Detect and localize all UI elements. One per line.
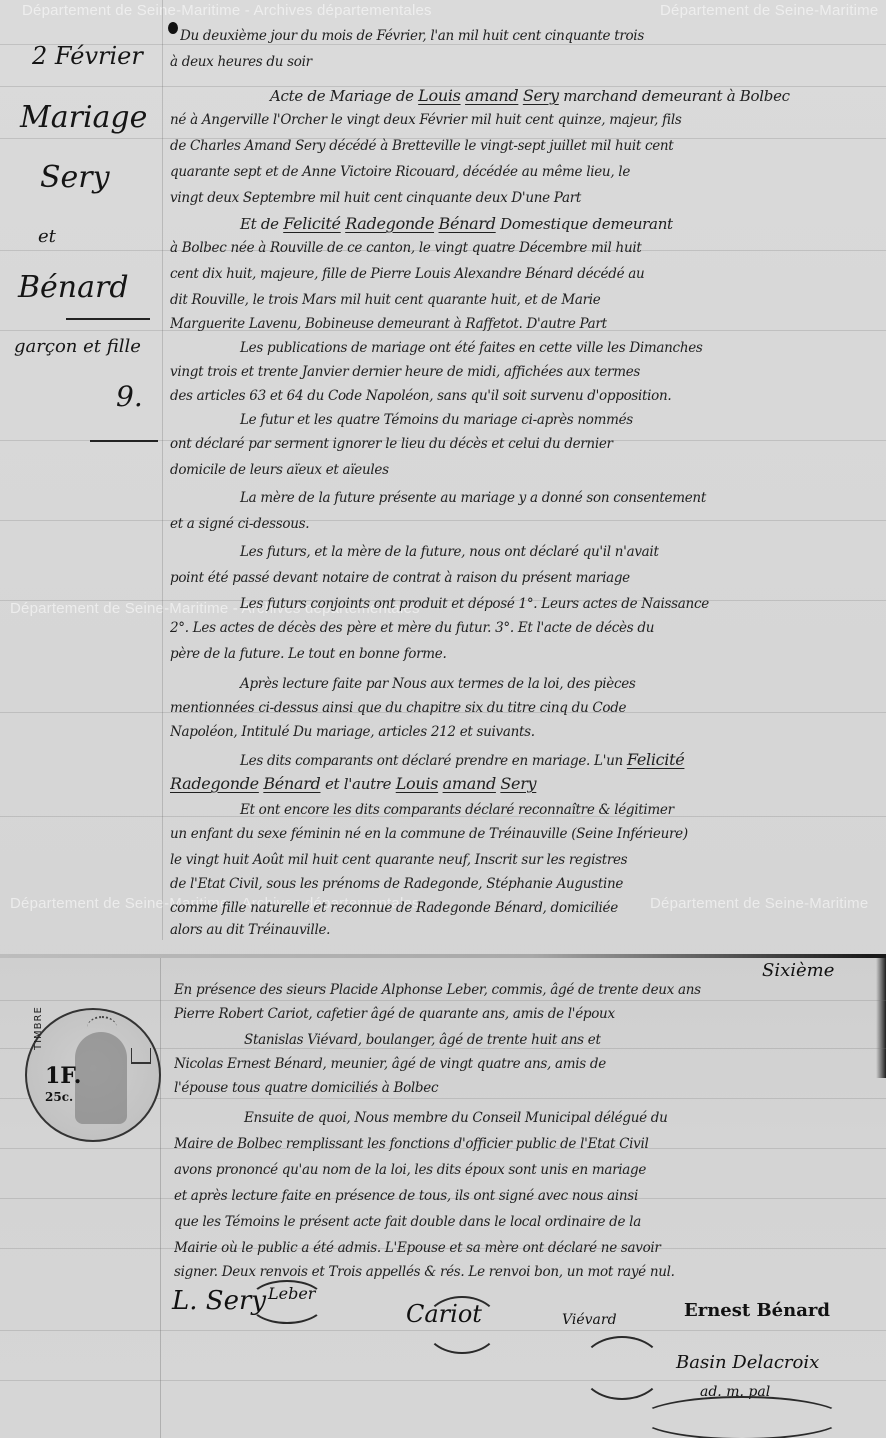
lower-line: En présence des sieurs Placide Alphonse … [174, 982, 866, 998]
margin-date: 2 Février [32, 42, 143, 70]
page-edge-shadow [876, 958, 886, 1078]
margin-conjunction: et [38, 226, 56, 247]
body-line: à Bolbec née à Rouville de ce canton, le… [170, 240, 866, 256]
body-line: Les publications de mariage ont été fait… [170, 340, 866, 356]
signature-basin-delacroix: Basin Delacroix [676, 1352, 819, 1373]
body-line: Après lecture faite par Nous aux termes … [170, 676, 866, 692]
stamp-label: TIMBRE [33, 1006, 44, 1050]
signature-flourish-basin [580, 1336, 664, 1400]
lower-line: Pierre Robert Cariot, cafetier âgé de qu… [174, 1006, 866, 1022]
body-line: de l'Etat Civil, sous les prénoms de Rad… [170, 876, 866, 892]
tax-stamp: TIMBRE 1F. 25c. [25, 1008, 161, 1142]
lower-line: que les Témoins le présent acte fait dou… [174, 1214, 866, 1230]
body-line: né à Angerville l'Orcher le vingt deux F… [170, 112, 866, 128]
body-line: Napoléon, Intitulé Du mariage, articles … [170, 724, 866, 740]
body-line: et a signé ci-dessous. [170, 516, 866, 532]
ink-blot [168, 22, 178, 34]
body-line: Les futurs, et la mère de la future, nou… [170, 544, 866, 560]
body-line: Et de Felicité Radegonde Bénard Domestiq… [170, 214, 866, 233]
margin-groom-surname: Sery [40, 160, 110, 195]
margin-divider-2 [90, 440, 158, 442]
body-line: vingt deux Septembre mil huit cent cinqu… [170, 190, 866, 206]
margin-legitimation-note: garçon et fille [14, 336, 141, 357]
body-line: Les futurs conjoints ont produit et dépo… [170, 596, 866, 612]
lower-line: l'épouse tous quatre domiciliés à Bolbec [174, 1080, 866, 1096]
body-line: 2°. Les actes de décès des père et mère … [170, 620, 866, 636]
lower-line: avons prononcé qu'au nom de la loi, les … [174, 1162, 866, 1178]
body-line: quarante sept et de Anne Victoire Ricoua… [170, 164, 866, 180]
margin-record-number: 9. [116, 380, 143, 413]
body-line: Acte de Mariage de Louis amand Sery marc… [170, 86, 866, 105]
watermark-top-left: Département de Seine-Maritime - Archives… [22, 2, 432, 19]
page-note-sixieme: Sixième [762, 960, 834, 981]
body-line: comme fille naturelle et reconnue de Rad… [170, 900, 866, 916]
body-line: dit Rouville, le trois Mars mil huit cen… [170, 292, 866, 308]
body-line: ont déclaré par serment ignorer le lieu … [170, 436, 866, 452]
lower-line: Maire de Bolbec remplissant les fonction… [174, 1136, 866, 1152]
watermark-top-right: Département de Seine-Maritime [660, 2, 878, 19]
lower-line: Stanislas Viévard, boulanger, âgé de tre… [174, 1032, 866, 1048]
signature-ernest-benard: Ernest Bénard [684, 1300, 830, 1321]
body-line: point été passé devant notaire de contra… [170, 570, 866, 586]
margin-bride-surname: Bénard [18, 270, 129, 305]
body-line: vingt trois et trente Janvier dernier he… [170, 364, 866, 380]
body-line: des articles 63 et 64 du Code Napoléon, … [170, 388, 866, 404]
header-line-2: à deux heures du soir [170, 54, 866, 70]
body-line: Et ont encore les dits comparants déclar… [170, 802, 866, 818]
body-line: Radegonde Bénard et l'autre Louis amand … [170, 774, 866, 793]
body-line: La mère de la future présente au mariage… [170, 490, 866, 506]
header-line-1: Du deuxième jour du mois de Février, l'a… [180, 28, 866, 44]
lower-line: et après lecture faite en présence de to… [174, 1188, 866, 1204]
lower-line: Nicolas Ernest Bénard, meunier, âgé de v… [174, 1056, 866, 1072]
lower-line: signer. Deux renvois et Trois appellés &… [174, 1264, 866, 1280]
body-line: Les dits comparants ont déclaré prendre … [170, 750, 866, 769]
lower-line: Mairie où le public a été admis. L'Epous… [174, 1240, 866, 1256]
body-line: cent dix huit, majeure, fille de Pierre … [170, 266, 866, 282]
signature-flourish-leber [248, 1280, 326, 1324]
signature-flourish-cariot [424, 1296, 500, 1354]
body-line: alors au dit Tréinauville. [170, 922, 866, 938]
signature-flourish-bottom [640, 1396, 844, 1438]
archive-document-page: Département de Seine-Maritime - Archives… [0, 0, 886, 1438]
signature-vievard: Viévard [562, 1312, 617, 1328]
stamp-value: 1F. 25c. [45, 1065, 81, 1103]
lower-line: Ensuite de quoi, Nous membre du Conseil … [174, 1110, 866, 1126]
margin-rule [162, 0, 163, 940]
body-line: mentionnées ci-dessus ainsi que du chapi… [170, 700, 866, 716]
body-line: un enfant du sexe féminin né en la commu… [170, 826, 866, 842]
body-line: de Charles Amand Sery décédé à Brettevil… [170, 138, 866, 154]
body-line: le vingt huit Août mil huit cent quarant… [170, 852, 866, 868]
margin-title: Mariage [20, 100, 147, 135]
scales-icon [131, 1048, 151, 1064]
body-line: domicile de leurs aïeux et aïeules [170, 462, 866, 478]
margin-divider-1 [66, 318, 150, 320]
body-line: père de la future. Le tout en bonne form… [170, 646, 866, 662]
body-line: Le futur et les quatre Témoins du mariag… [170, 412, 866, 428]
body-line: Marguerite Lavenu, Bobineuse demeurant à… [170, 316, 866, 332]
seated-justice-figure-icon [75, 1032, 127, 1124]
